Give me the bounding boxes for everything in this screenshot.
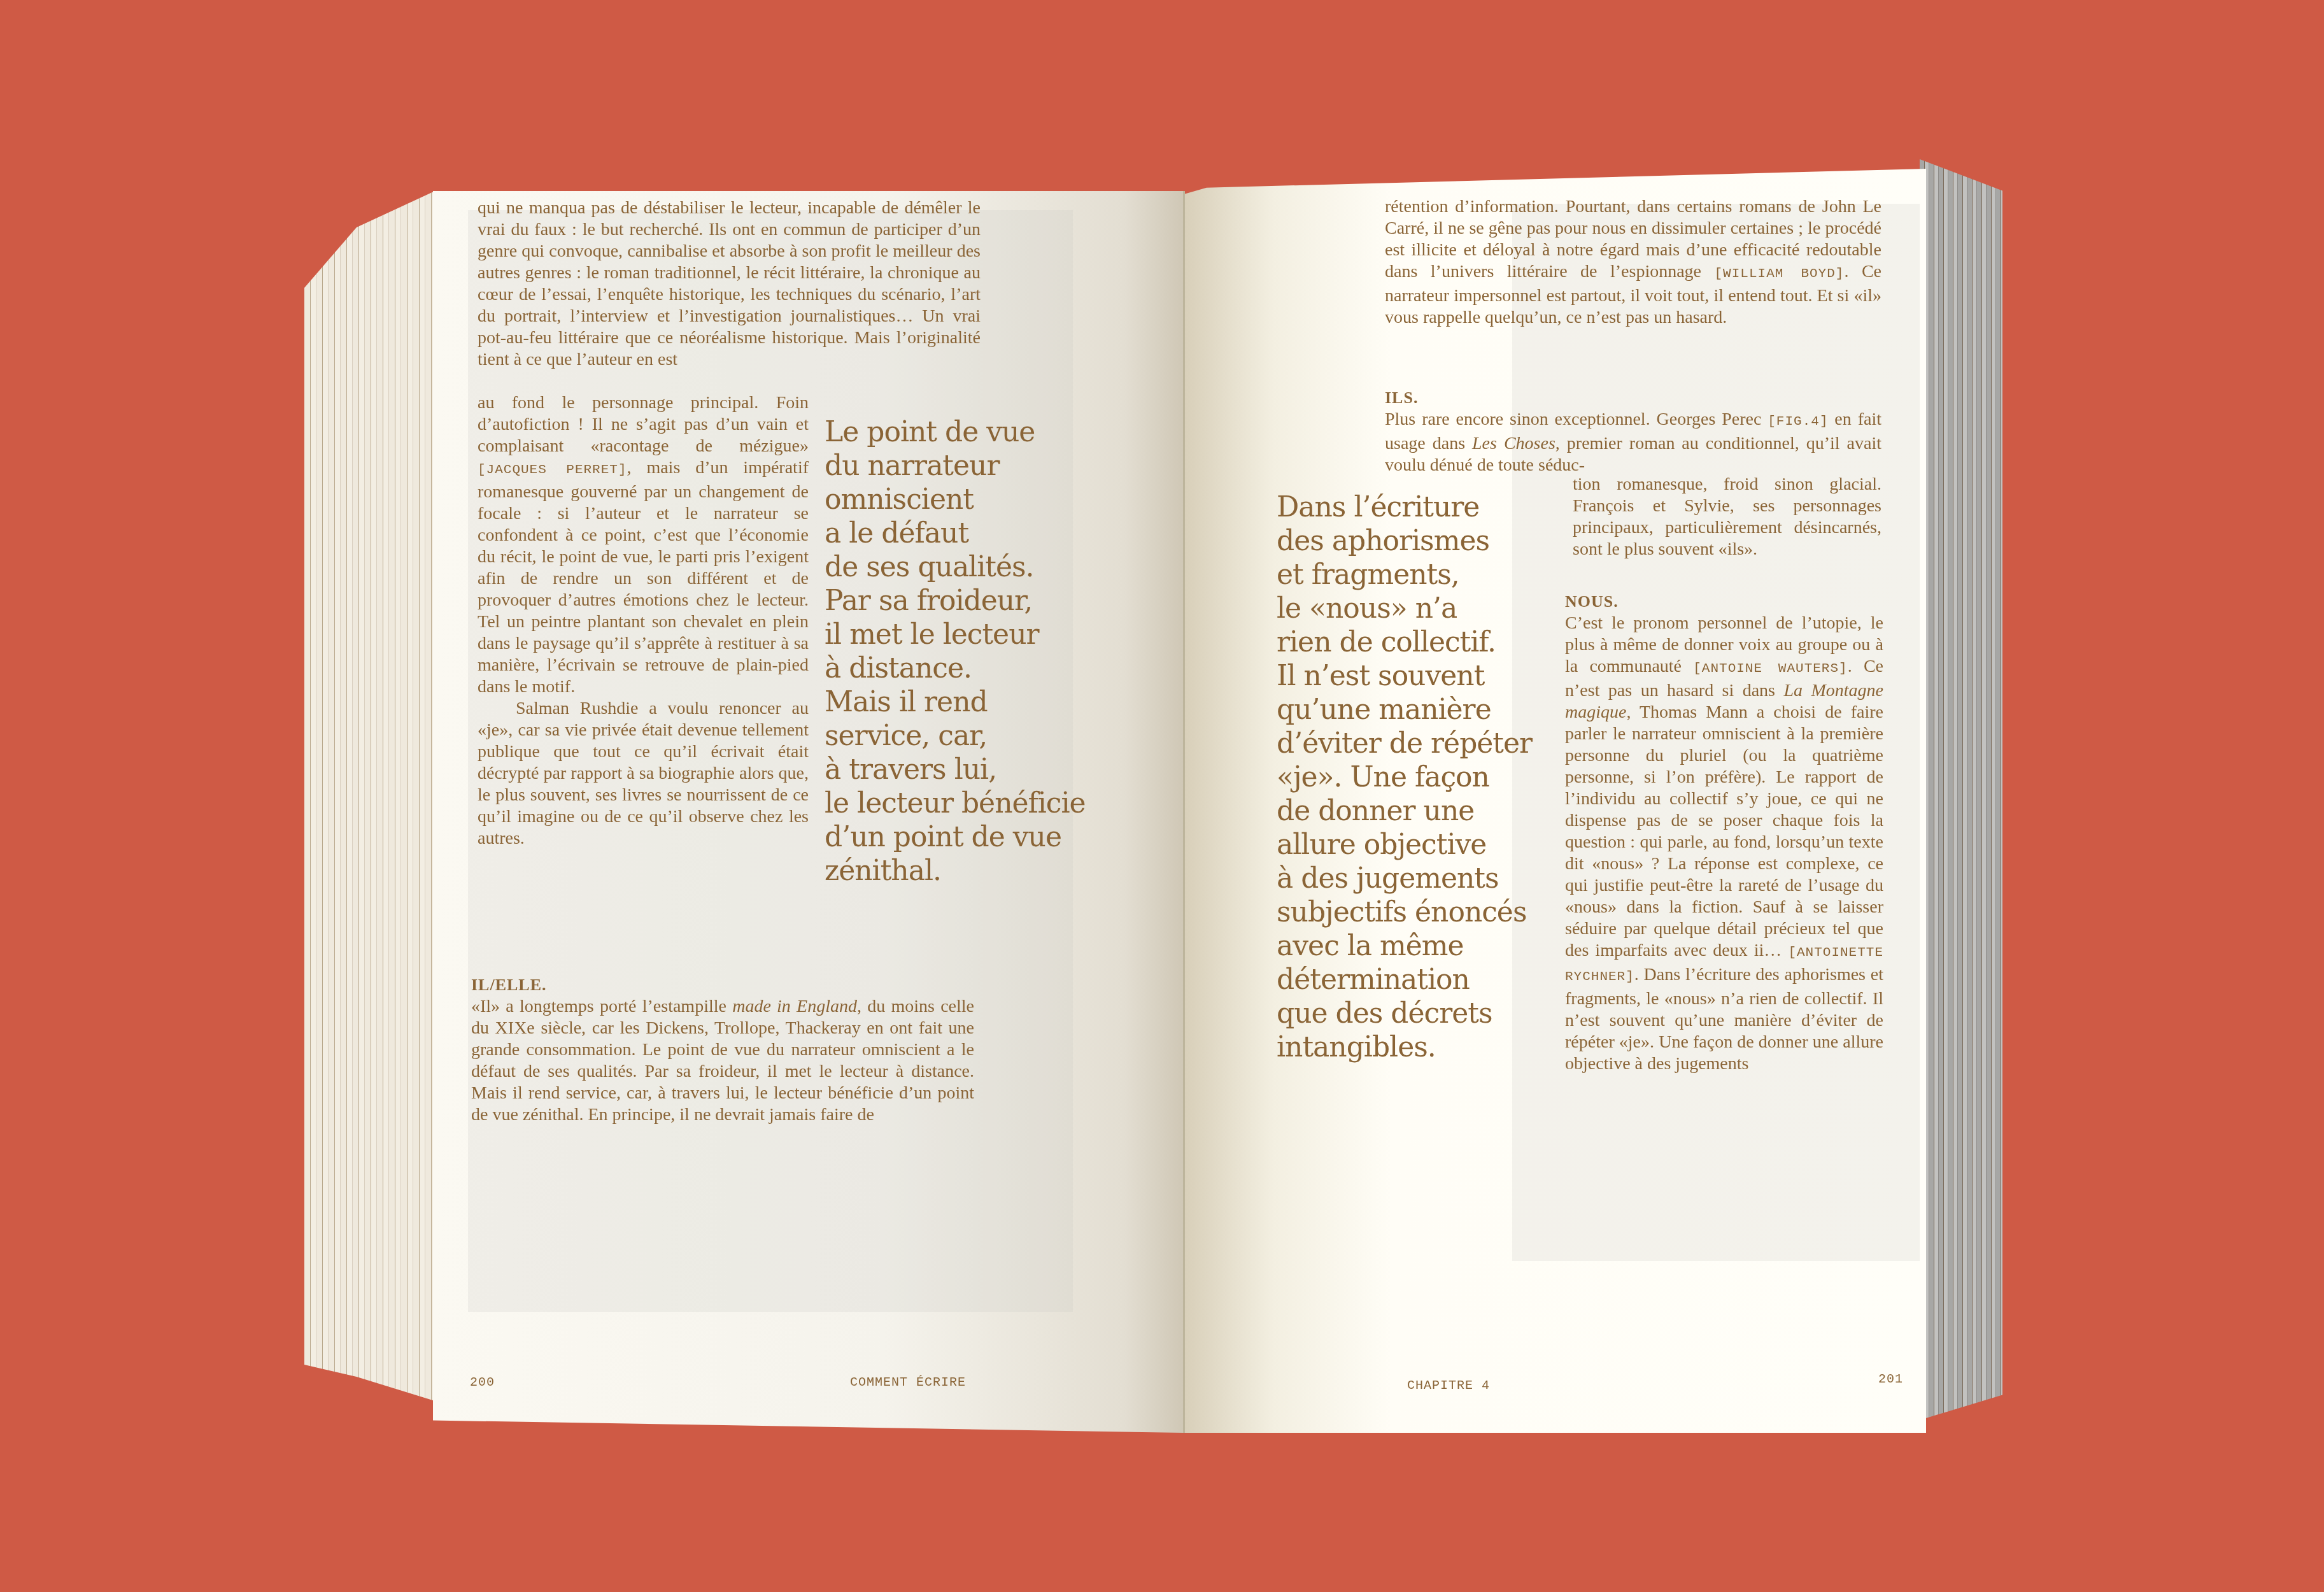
citation-william-boyd: [WILLIAM BOYD]: [1715, 267, 1845, 281]
ils-paragraph-bottom: tion romanesque, froid sinon glacial. Fr…: [1573, 474, 1881, 560]
pull-quote-line: Il n’est souvent: [1277, 659, 1532, 693]
pull-quote-line: des aphorismes: [1277, 524, 1532, 558]
pull-quote-line: zénithal.: [825, 854, 1086, 888]
page-block-edge-left: [304, 191, 435, 1401]
pull-quote-line: de ses qualités.: [825, 550, 1086, 584]
pull-quote-line: que des décrets: [1277, 997, 1532, 1030]
figure-reference: [FIG.4]: [1768, 415, 1828, 429]
left-column-para-rushdie: Salman Rushdie a voulu renoncer au «je»,…: [478, 698, 809, 849]
nous-paragraph: C’est le pronom personnel de l’utopie, l…: [1565, 613, 1883, 1075]
right-top-paragraph: rétention d’information. Pourtant, dans …: [1385, 196, 1881, 329]
page-number-right: 201: [1878, 1372, 1903, 1387]
text-run: Plus rare encore sinon exceptionnel. Geo…: [1385, 409, 1768, 429]
running-title-left: COMMENT ÉCRIRE: [850, 1375, 966, 1390]
pull-quote-line: de donner une: [1277, 794, 1532, 828]
pull-quote-line: et fragments,: [1277, 558, 1532, 592]
citation-jacques-perret: [JACQUES PERRET]: [478, 463, 627, 478]
left-column-para-1: au fond le personnage principal. Foin d’…: [478, 392, 809, 698]
pull-quote-line: à des jugements: [1277, 862, 1532, 895]
pull-quote-line: détermination: [1277, 963, 1532, 997]
right-top-text: rétention d’information. Pourtant, dans …: [1385, 196, 1881, 329]
pull-quote-line: intangibles.: [1277, 1030, 1532, 1064]
italic-les-choses: Les Choses: [1472, 434, 1555, 453]
section-heading-nous: NOUS.: [1565, 591, 1883, 613]
pull-quote-line: qu’une manière: [1277, 693, 1532, 727]
il-elle-section: IL/ELLE. «Il» a longtemps porté l’estamp…: [471, 974, 974, 1126]
pull-quote-line: Mais il rend: [825, 685, 1086, 719]
text-run: , mais d’un impératif romanesque gouvern…: [478, 458, 809, 697]
right-pull-quote: Dans l’écrituredes aphorismeset fragment…: [1277, 490, 1532, 1064]
pull-quote-line: d’éviter de répéter: [1277, 727, 1532, 760]
pull-quote-line: «je». Une façon: [1277, 760, 1532, 794]
pull-quote-line: le «nous» n’a: [1277, 592, 1532, 625]
nous-section: NOUS. C’est le pronom personnel de l’uto…: [1565, 591, 1883, 1075]
ils-section: ILS. Plus rare encore sinon exceptionnel…: [1385, 387, 1881, 476]
left-top-paragraph: qui ne manqua pas de déstabiliser le lec…: [478, 197, 981, 371]
pull-quote-line: a le défaut: [825, 516, 1086, 550]
page-number-left: 200: [470, 1375, 495, 1390]
left-top-text: qui ne manqua pas de déstabiliser le lec…: [478, 197, 981, 371]
pull-quote-line: Dans l’écriture: [1277, 490, 1532, 524]
pull-quote-line: Le point de vue: [825, 415, 1086, 449]
citation-antoine-wauters: [ANTOINE WAUTERS]: [1693, 662, 1847, 676]
running-title-right: CHAPITRE 4: [1407, 1379, 1490, 1393]
pull-quote-line: service, car,: [825, 719, 1086, 753]
ils-paragraph-top: Plus rare encore sinon exceptionnel. Geo…: [1385, 409, 1881, 476]
pull-quote-line: avec la même: [1277, 929, 1532, 963]
pull-quote-line: il met le lecteur: [825, 618, 1086, 651]
text-run: , Thomas Mann a choisi de faire parler l…: [1565, 702, 1883, 960]
text-run: «Il» a longtemps porté l’estampille: [471, 997, 732, 1016]
text-run: au fond le personnage principal. Foin d’…: [478, 393, 809, 456]
pull-quote-line: allure objective: [1277, 828, 1532, 862]
book-gutter: [1183, 191, 1185, 1433]
pull-quote-line: à travers lui,: [825, 753, 1086, 786]
pull-quote-line: rien de collectif.: [1277, 625, 1532, 659]
pull-quote-line: à distance.: [825, 651, 1086, 685]
pull-quote-line: du narrateur: [825, 449, 1086, 483]
left-column-text: au fond le personnage principal. Foin d’…: [478, 392, 809, 849]
italic-made-in-england: made in England: [732, 997, 857, 1016]
il-elle-paragraph: «Il» a longtemps porté l’estampille made…: [471, 996, 974, 1126]
pull-quote-line: subjectifs énoncés: [1277, 895, 1532, 929]
section-heading-ils: ILS.: [1385, 387, 1881, 409]
pull-quote-line: d’un point de vue: [825, 820, 1086, 854]
pull-quote-line: le lecteur bénéficie: [825, 786, 1086, 820]
page-block-edge-right: [1920, 159, 2002, 1420]
section-heading-il-elle: IL/ELLE.: [471, 974, 974, 996]
left-pull-quote: Le point de vuedu narrateuromniscienta l…: [825, 415, 1086, 888]
pull-quote-line: Par sa froideur,: [825, 584, 1086, 618]
pull-quote-line: omniscient: [825, 483, 1086, 516]
ils-text-continued: tion romanesque, froid sinon glacial. Fr…: [1573, 474, 1881, 560]
